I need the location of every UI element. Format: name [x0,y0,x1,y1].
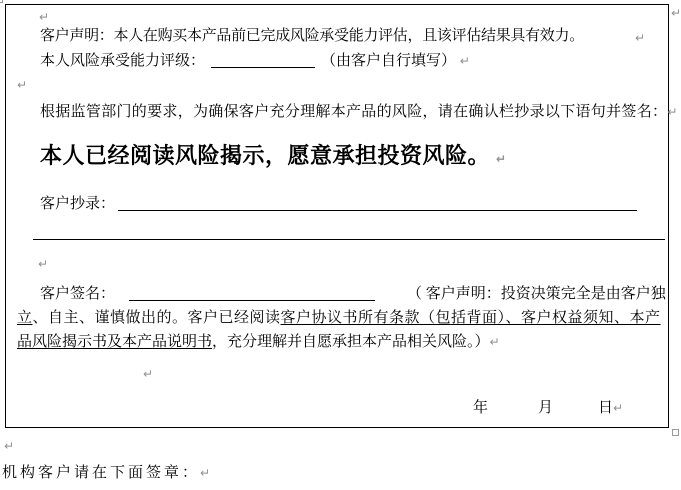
instruction-text: 根据监管部门的要求，为确保客户充分理解本产品的风险，请在确认栏抄录以下语句并签名… [40,104,667,120]
paragraph-mark: ↵ [200,466,210,480]
client-copy-blank-field-row2[interactable] [33,239,665,240]
paragraph-mark: ↵ [635,32,645,44]
document-page: { "page": { "background": "#ffffff", "te… [0,0,681,490]
client-statement-line: 客户声明：本人在购买本产品前已完成风险承受能力评估，且该评估结果具有效力。 [40,28,584,45]
paragraph-mark: ↵ [143,368,153,380]
paragraph-mark: ↵ [613,401,623,415]
date-day-label: 日 [598,400,613,416]
institution-signature-instruction: 机构客户请在下面签章：↵ [2,461,210,482]
investor-declaration-text-line1: （ 客户声明：投资决策完全是由客户独 [407,286,666,302]
declaration-closing-text: ，充分理解并自愿承担本产品相关风险。） [212,334,490,350]
risk-rating-note: （由客户自行填写） [321,53,456,69]
client-copy-label: 客户抄录： [40,196,115,212]
client-copy-line: 客户抄录： [40,196,637,213]
date-month-label: 月 [538,400,553,416]
paragraph-mark: ↵ [38,258,48,270]
instruction-line: 根据监管部门的要求，为确保客户充分理解本产品的风险，请在确认栏抄录以下语句并签名… [40,104,678,121]
date-year-label: 年 [473,400,488,416]
client-signature-line: 客户签名：（ 客户声明：投资决策完全是由客户独 [40,286,666,303]
product-docs-underlined-text: 品风险揭示书及本产品说明书 [17,334,212,350]
risk-acknowledge-statement: 本人已经阅读风险揭示，愿意承担投资风险。 ↵ [40,143,507,168]
risk-rating-blank-field[interactable] [211,53,315,68]
client-copy-blank-field[interactable] [118,196,637,211]
investor-declaration-line2: 立、自主、谨慎做出的。客户已经阅读客户协议书所有条款（包括背面）、客户权益须知、… [17,310,661,327]
declaration-box: ↵ 客户声明：本人在购买本产品前已完成风险承受能力评估，且该评估结果具有效力。 … [5,4,669,428]
paragraph-mark: ↵ [671,7,681,19]
table-resize-handle[interactable] [672,429,679,436]
paragraph-mark: ↵ [496,152,507,166]
client-signature-label: 客户签名： [40,286,115,302]
institution-signature-label: 机构客户请在下面签章： [2,465,200,481]
risk-rating-label: 本人风险承受能力评级： [40,53,205,69]
paragraph-mark: ↵ [490,335,500,349]
date-line: 年月日↵ [473,396,623,417]
client-statement-text: 客户声明：本人在购买本产品前已完成风险承受能力评估，且该评估结果具有效力。 [40,28,584,44]
client-signature-blank-field[interactable] [129,286,375,301]
paragraph-mark: ↵ [4,440,14,452]
risk-acknowledge-text: 本人已经阅读风险揭示，愿意承担投资风险。 [40,143,490,168]
agreement-terms-underlined-text: 客户协议书所有条款（包括背面）、客户权益须知、本产 [281,310,661,326]
paragraph-mark: ↵ [460,54,470,68]
risk-rating-line: 本人风险承受能力评级：（由客户自行填写） ↵ [40,53,470,70]
declaration-plain-text: 、自主、谨慎做出的。客户已经阅读 [33,310,281,326]
investor-declaration-line3: 品风险揭示书及本产品说明书，充分理解并自愿承担本产品相关风险。）↵ [17,334,500,351]
paragraph-mark: ↵ [39,11,49,23]
declaration-underlined-li: 立 [17,310,33,326]
paragraph-mark: ↵ [667,105,677,119]
paragraph-mark: ↵ [17,79,27,91]
table-anchor-handle[interactable] [0,0,3,3]
